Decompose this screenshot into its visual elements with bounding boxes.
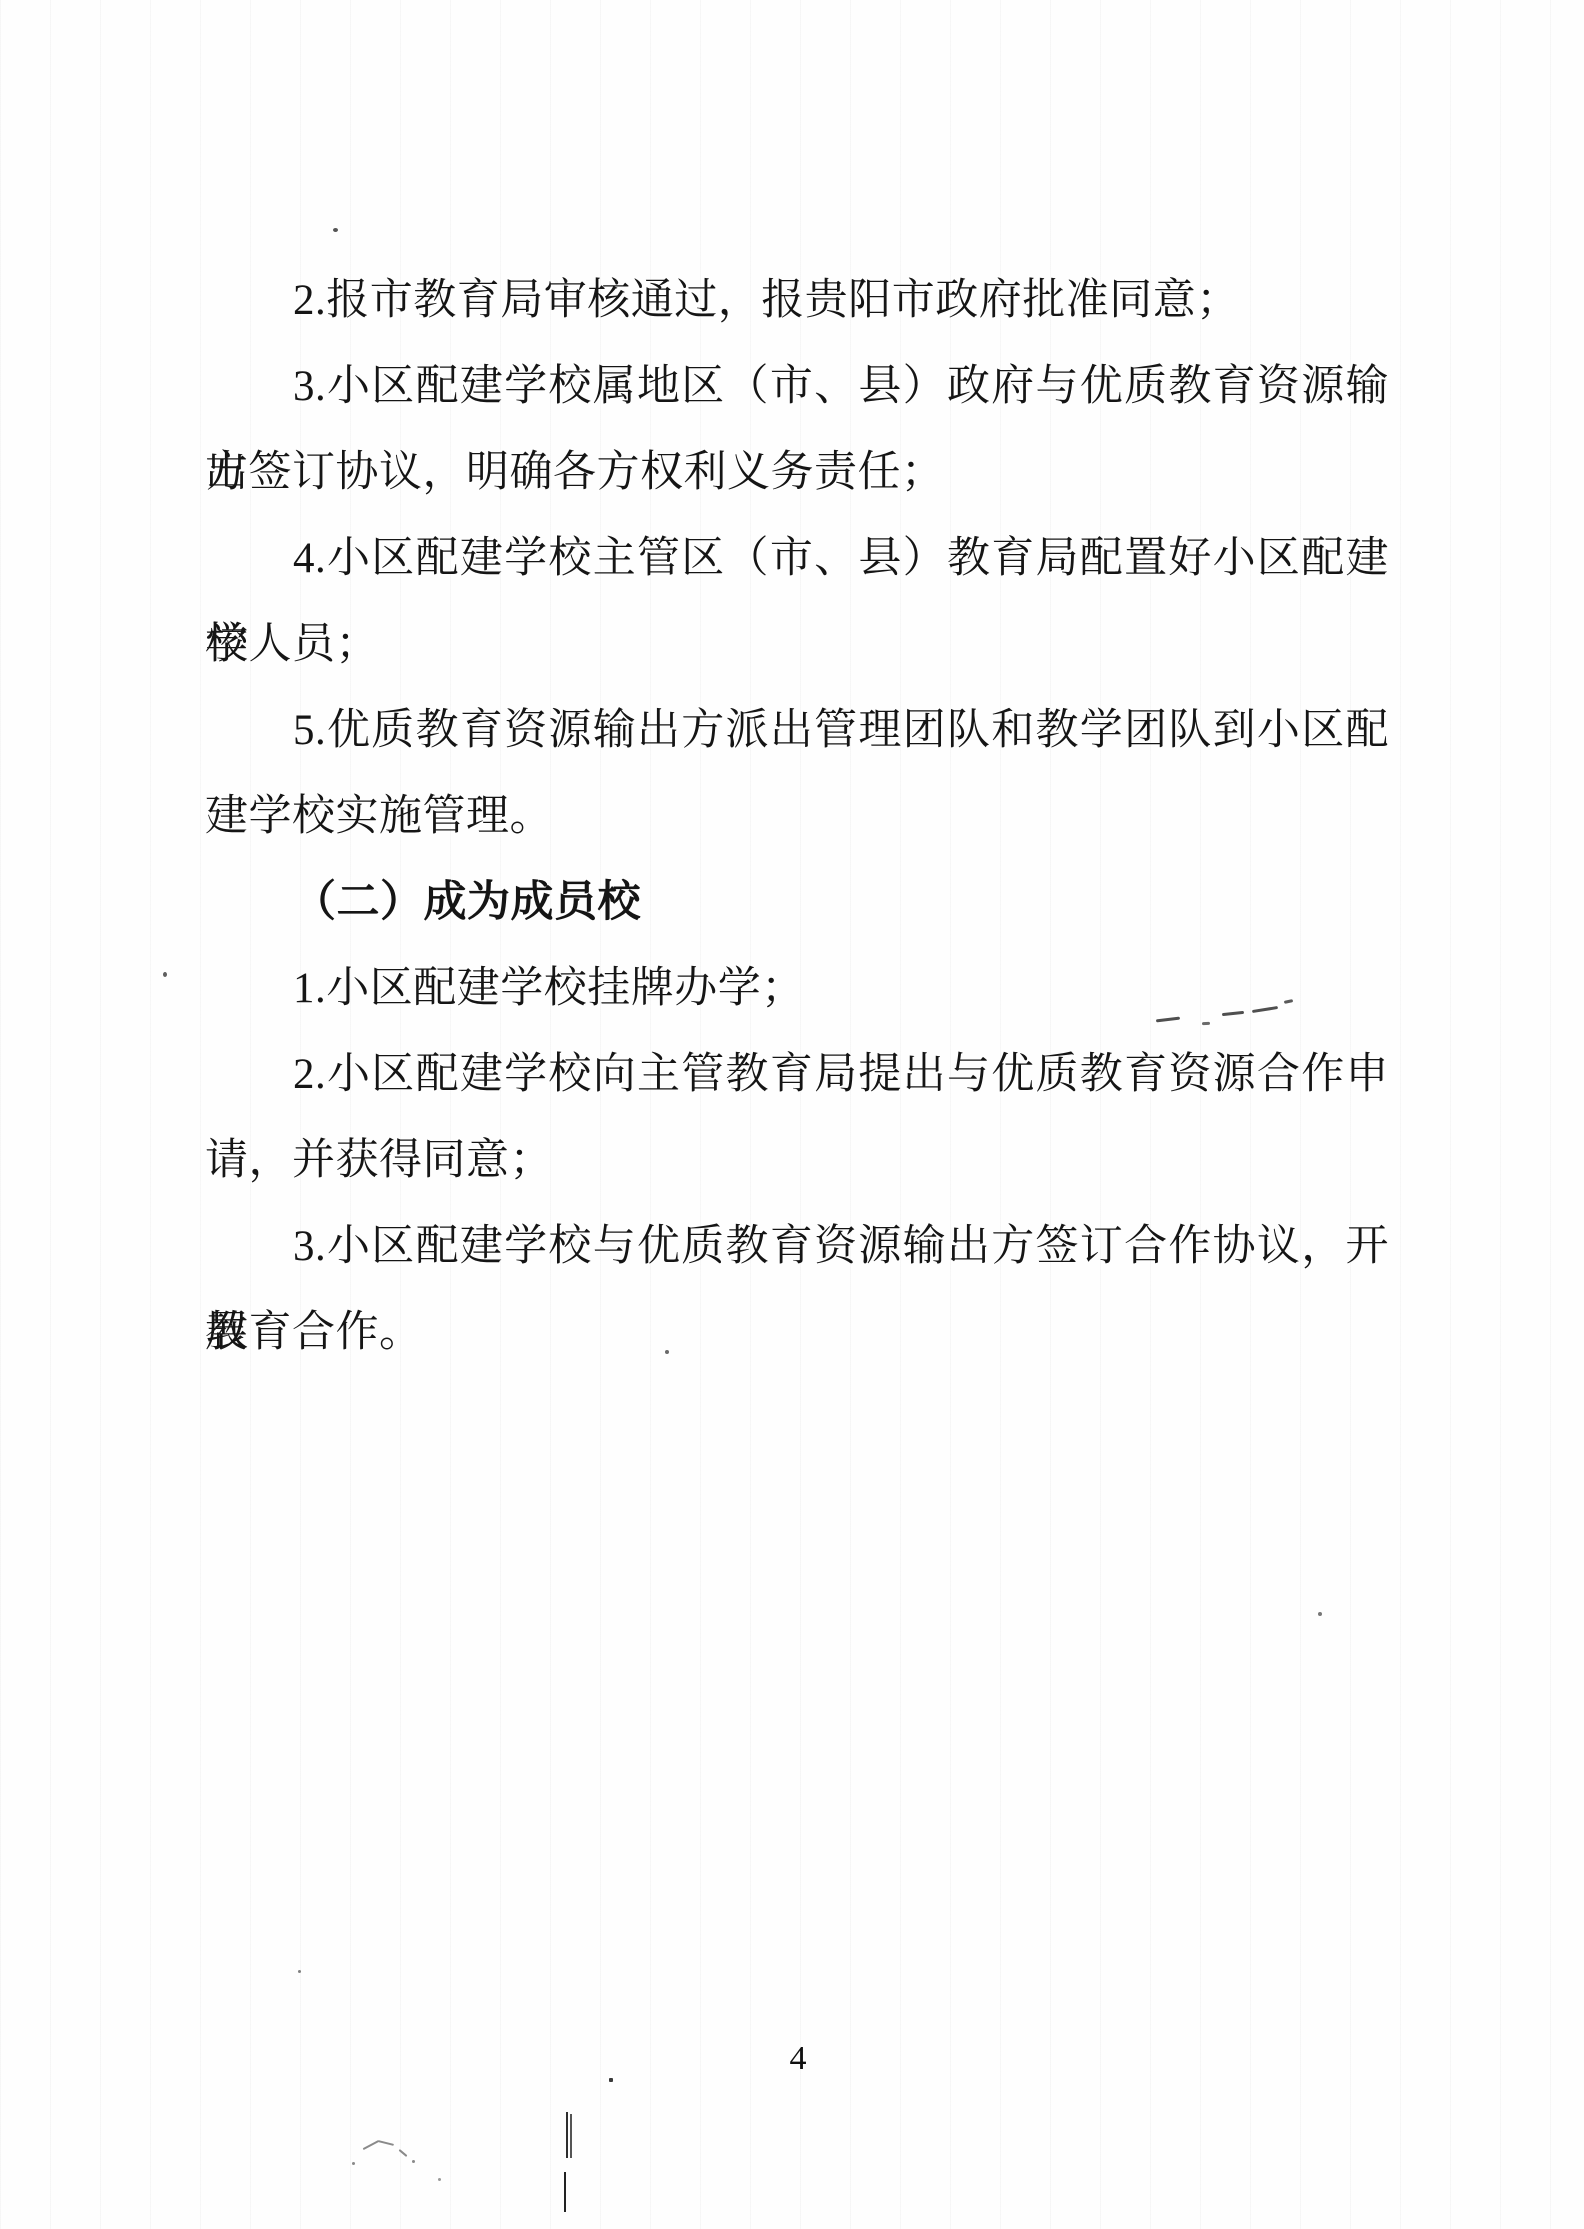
scan-speck [412,2160,415,2163]
text-line: 4.小区配建学校主管区（市、县）教育局配置好小区配建学 [205,516,1389,602]
scan-line-mark [564,2172,566,2212]
text-line: 教育合作。 [205,1290,1389,1376]
text-line: 校人员； [205,602,1389,688]
text-line: 请，并获得同意； [205,1118,1389,1204]
pencil-squiggle [378,2140,394,2146]
scan-speck [298,1970,301,1973]
scan-speck [665,1350,669,1354]
text-line: 3.小区配建学校属地区（市、县）政府与优质教育资源输出 [205,344,1389,430]
text-line: 1.小区配建学校挂牌办学； [205,946,1389,1032]
scan-speck [333,228,338,232]
pencil-dash [1202,1022,1210,1026]
scan-speck [163,972,167,977]
scan-speck [609,2078,613,2082]
scan-line-mark [566,2112,568,2158]
document-page: 2.报市教育局审核通过，报贵阳市政府批准同意；3.小区配建学校属地区（市、县）政… [0,0,1584,2229]
text-line: （二）成为成员校 [205,860,1389,946]
text-line: 建学校实施管理。 [205,774,1389,860]
page-number: 4 [766,2036,830,2082]
text-line: 3.小区配建学校与优质教育资源输出方签订合作协议，开展 [205,1204,1389,1290]
scan-speck [1318,1612,1322,1616]
pencil-squiggle [399,2149,408,2157]
scan-speck [352,2162,355,2165]
scan-line-mark [570,2114,572,2158]
document-lines: 2.报市教育局审核通过，报贵阳市政府批准同意；3.小区配建学校属地区（市、县）政… [205,258,1389,1376]
text-line: 2.小区配建学校向主管教育局提出与优质教育资源合作申 [205,1032,1389,1118]
text-line: 2.报市教育局审核通过，报贵阳市政府批准同意； [205,258,1389,344]
text-line: 方签订协议，明确各方权利义务责任； [205,430,1389,516]
pencil-squiggle [363,2140,380,2150]
text-line: 5.优质教育资源输出方派出管理团队和教学团队到小区配 [205,688,1389,774]
scan-speck [438,2178,441,2181]
